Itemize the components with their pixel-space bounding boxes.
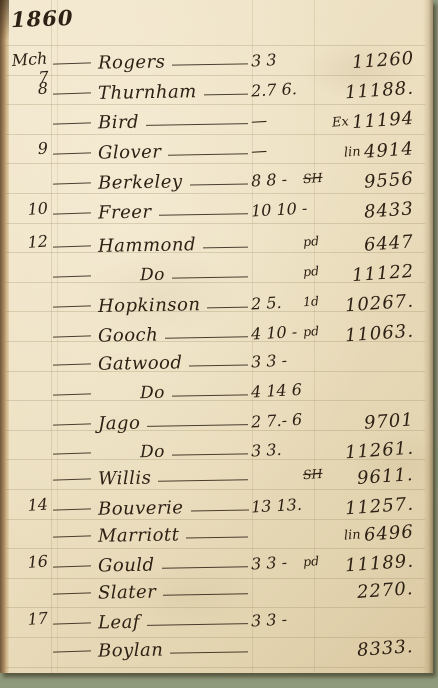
entry-reference-number: 9701 xyxy=(364,409,415,433)
dash-stroke xyxy=(53,182,91,184)
ledger-page: 1860 Mch 7Rogers3 3112608Thurnham2.7 6.1… xyxy=(0,0,433,673)
entry-reference-number: 11188. xyxy=(344,78,414,104)
ledger-entry-row: 16Gould3 3 -pd11189. xyxy=(0,553,428,579)
entry-amount: — xyxy=(251,139,308,161)
dash-stroke xyxy=(53,363,91,365)
entry-amount: 8 8 - xyxy=(251,169,308,191)
entry-name: Rogers xyxy=(98,51,173,73)
entry-name-group: Berkeley xyxy=(98,170,248,194)
entry-amount: — xyxy=(251,109,308,131)
dash-stroke xyxy=(53,245,91,247)
entry-number-group: 8433 xyxy=(364,200,414,224)
entry-name-group: Leaf xyxy=(98,610,248,634)
entry-amount: 10 10 - xyxy=(251,199,308,221)
dash-stroke xyxy=(168,153,248,155)
entry-name-group: Do xyxy=(98,381,248,405)
dash-stroke xyxy=(189,364,248,366)
horizontal-rule-line xyxy=(2,667,425,668)
entry-name-group: Thurnham xyxy=(98,80,248,104)
ledger-entry-row: Boylan8333. xyxy=(0,638,428,664)
entry-number-group: 8333. xyxy=(357,638,414,662)
entry-name-group: Hopkinson xyxy=(98,293,248,317)
entry-number-group: 9611. xyxy=(357,466,414,490)
entry-amount: 13 13. xyxy=(251,495,308,517)
entry-name-group: Rogers xyxy=(98,50,248,74)
ledger-entry-row: Bird—Ex11194 xyxy=(0,110,428,136)
dash-stroke xyxy=(147,623,248,626)
entry-name: Marriott xyxy=(98,524,187,547)
entry-annotation: SH xyxy=(303,465,340,482)
entry-number-group: Ex11194 xyxy=(332,110,414,134)
entry-name: Leaf xyxy=(98,611,147,633)
entry-amount: 3 3 - xyxy=(251,609,308,631)
entry-number-group: 11063. xyxy=(345,323,414,347)
entry-annotation: 1d xyxy=(303,292,340,309)
entry-amount: 3 3 - xyxy=(251,552,308,574)
year-heading: 1860 xyxy=(11,5,74,32)
entry-name-group: Gould xyxy=(98,553,248,577)
entry-date: 9 xyxy=(3,138,48,160)
entry-name-group: Do xyxy=(98,440,248,464)
entry-name-group: Boylan xyxy=(98,638,248,662)
dash-stroke xyxy=(53,423,91,425)
entry-name-group: Bird xyxy=(98,110,248,134)
ledger-entry-row: Jago2 7.- 69701 xyxy=(0,411,428,437)
entry-name: Do xyxy=(140,265,172,286)
ledger-entry-row: 14Bouverie13 13.11257. xyxy=(0,496,428,522)
ledger-entry-row: Gooch4 10 -pd11063. xyxy=(0,323,428,349)
horizontal-rule-line xyxy=(2,45,425,46)
entry-reference-number: 11261. xyxy=(344,438,414,464)
entry-date: 17 xyxy=(3,608,48,630)
entry-name: Boylan xyxy=(98,639,171,661)
entry-number-group: lin6496 xyxy=(344,523,414,547)
dash-stroke xyxy=(162,566,248,569)
dash-stroke xyxy=(53,122,91,124)
entry-number-group: 6447 xyxy=(364,233,414,257)
entry-reference-number: 11189. xyxy=(344,551,414,577)
ledger-entry-row: Slater2270. xyxy=(0,580,428,606)
dash-stroke xyxy=(53,393,91,395)
entry-number-group: 11189. xyxy=(345,553,414,577)
entry-name: Thurnham xyxy=(98,81,204,104)
entry-number-group: 2270. xyxy=(357,580,414,604)
entry-name-group: Marriott xyxy=(98,523,248,547)
entry-name-group: Hammond xyxy=(98,233,248,257)
entry-number-prefix: Ex xyxy=(331,114,349,130)
dash-stroke xyxy=(53,592,91,594)
entry-amount: 4 14 6 xyxy=(251,380,308,402)
entry-number-group: 9701 xyxy=(364,411,414,435)
dash-stroke xyxy=(190,183,248,185)
entry-name: Willis xyxy=(98,467,159,489)
ledger-entry-row: 12Hammondpd6447 xyxy=(0,233,428,259)
dash-stroke xyxy=(172,276,248,278)
entry-name: Gatwood xyxy=(98,352,190,375)
entry-amount: 3 3 xyxy=(251,49,308,71)
dash-stroke xyxy=(190,509,248,511)
dash-stroke xyxy=(186,536,248,538)
entry-number-prefix: lin xyxy=(344,144,362,160)
entry-name-group: Glover xyxy=(98,140,248,164)
entry-name: Hopkinson xyxy=(98,294,208,317)
entry-annotation: pd xyxy=(303,552,340,569)
dash-stroke xyxy=(53,275,91,277)
entry-name-group: Do xyxy=(98,263,248,287)
dash-stroke xyxy=(170,651,248,653)
entry-name: Gooch xyxy=(98,324,166,346)
ledger-entry-row: Marriottlin6496 xyxy=(0,523,428,549)
entry-annotation: pd xyxy=(303,262,340,279)
entry-name: Jago xyxy=(98,412,148,434)
entry-reference-number: 6496 xyxy=(364,521,415,545)
entry-name-group: Gooch xyxy=(98,323,248,347)
entry-number-group: 9556 xyxy=(364,170,414,194)
entry-annotation: pd xyxy=(303,322,340,339)
entry-name: Glover xyxy=(98,141,169,163)
entry-annotation: pd xyxy=(303,232,340,249)
entry-amount: 3 3. xyxy=(251,439,308,461)
entry-number-group: 11122 xyxy=(352,263,414,287)
dash-stroke xyxy=(53,212,91,214)
entry-amount: 3 3 - xyxy=(251,350,308,372)
ledger-entry-row: Hopkinson2 5.1d10267. xyxy=(0,293,428,319)
ledger-entry-row: Berkeley8 8 -SH9556 xyxy=(0,170,428,196)
entry-date: 10 xyxy=(3,198,48,220)
entry-name-group: Freer xyxy=(98,200,248,224)
entry-number-group: lin4914 xyxy=(344,140,414,164)
horizontal-rule-line xyxy=(2,607,425,608)
entry-name: Berkeley xyxy=(98,171,190,194)
entry-amount: 2.7 6. xyxy=(251,79,308,101)
entry-name: Bouverie xyxy=(98,497,191,520)
ledger-entry-row: 17Leaf3 3 - xyxy=(0,610,428,636)
dash-stroke xyxy=(147,424,248,427)
entry-name: Do xyxy=(140,442,172,463)
entry-annotation: SH xyxy=(303,169,340,186)
ledger-entry-row: Gatwood3 3 - xyxy=(0,351,428,377)
dash-stroke xyxy=(172,63,248,65)
entry-number-group: 10267. xyxy=(345,293,414,317)
entry-name: Bird xyxy=(98,111,146,133)
ledger-entry-row: 9Glover—lin4914 xyxy=(0,140,428,166)
entry-name-group: Bouverie xyxy=(98,496,248,520)
ledger-entry-row: Do3 3.11261. xyxy=(0,440,428,466)
dash-stroke xyxy=(204,94,248,96)
entry-reference-number: 11260 xyxy=(351,48,415,73)
scanned-ledger-photo: 1860 Mch 7Rogers3 3112608Thurnham2.7 6.1… xyxy=(0,0,438,688)
ledger-entry-row: 8Thurnham2.7 6.11188. xyxy=(0,80,428,106)
ledger-entry-row: Dopd11122 xyxy=(0,263,428,289)
entry-reference-number: 4914 xyxy=(364,138,415,162)
ledger-entry-row: WillisSH9611. xyxy=(0,466,428,492)
dash-stroke xyxy=(53,650,91,652)
dash-stroke xyxy=(53,622,91,624)
entry-number-prefix: lin xyxy=(344,527,362,543)
entry-reference-number: 8433 xyxy=(364,198,415,222)
dash-stroke xyxy=(53,92,91,94)
entry-reference-number: 10267. xyxy=(344,291,414,317)
entry-reference-number: 2270. xyxy=(357,578,415,603)
entry-number-group: 11188. xyxy=(345,80,414,104)
dash-stroke xyxy=(146,123,248,126)
entry-amount: 4 10 - xyxy=(251,322,308,344)
dash-stroke xyxy=(53,478,91,480)
dash-stroke xyxy=(53,335,91,337)
entry-number-group: 11257. xyxy=(345,496,414,520)
dash-stroke xyxy=(53,152,91,154)
entry-date: 14 xyxy=(3,494,48,516)
dash-stroke xyxy=(53,452,91,454)
entry-reference-number: 11257. xyxy=(344,494,414,520)
dash-stroke xyxy=(53,565,91,567)
dash-stroke xyxy=(53,62,91,64)
entry-reference-number: 11194 xyxy=(351,108,415,133)
entry-date: 16 xyxy=(3,551,48,573)
dash-stroke xyxy=(53,508,91,510)
ledger-entry-row: Mch 7Rogers3 311260 xyxy=(0,50,428,76)
entry-date: 12 xyxy=(3,231,48,253)
entry-reference-number: 6447 xyxy=(364,231,415,255)
dash-stroke xyxy=(53,305,91,307)
entry-reference-number: 9611. xyxy=(357,464,415,489)
entry-name: Gould xyxy=(98,554,162,576)
dash-stroke xyxy=(163,593,248,595)
entry-reference-number: 8333. xyxy=(357,636,415,661)
entry-name: Hammond xyxy=(98,234,203,257)
dash-stroke xyxy=(203,247,248,249)
ledger-entry-row: Do4 14 6 xyxy=(0,381,428,407)
entry-name: Freer xyxy=(98,201,159,223)
entry-amount: 2 5. xyxy=(251,292,308,314)
dash-stroke xyxy=(159,213,248,216)
dash-stroke xyxy=(207,307,248,309)
entry-date: 8 xyxy=(3,78,48,100)
dash-stroke xyxy=(172,453,248,455)
ledger-entry-row: 10Freer10 10 -8433 xyxy=(0,200,428,226)
entry-reference-number: 11122 xyxy=(351,261,415,286)
entry-name-group: Slater xyxy=(98,580,248,604)
dash-stroke xyxy=(165,336,248,338)
entry-name: Slater xyxy=(98,581,164,603)
entry-number-group: 11261. xyxy=(345,440,414,464)
entry-amount: 2 7.- 6 xyxy=(251,410,308,432)
entry-name-group: Willis xyxy=(98,466,248,490)
entry-name: Do xyxy=(140,383,172,404)
entry-reference-number: 11063. xyxy=(344,321,414,347)
entry-reference-number: 9556 xyxy=(364,168,415,192)
entry-number-group: 11260 xyxy=(352,50,414,74)
dash-stroke xyxy=(172,394,248,396)
dash-stroke xyxy=(158,479,248,482)
dash-stroke xyxy=(53,535,91,537)
entry-name-group: Gatwood xyxy=(98,351,248,375)
entry-name-group: Jago xyxy=(98,411,248,435)
